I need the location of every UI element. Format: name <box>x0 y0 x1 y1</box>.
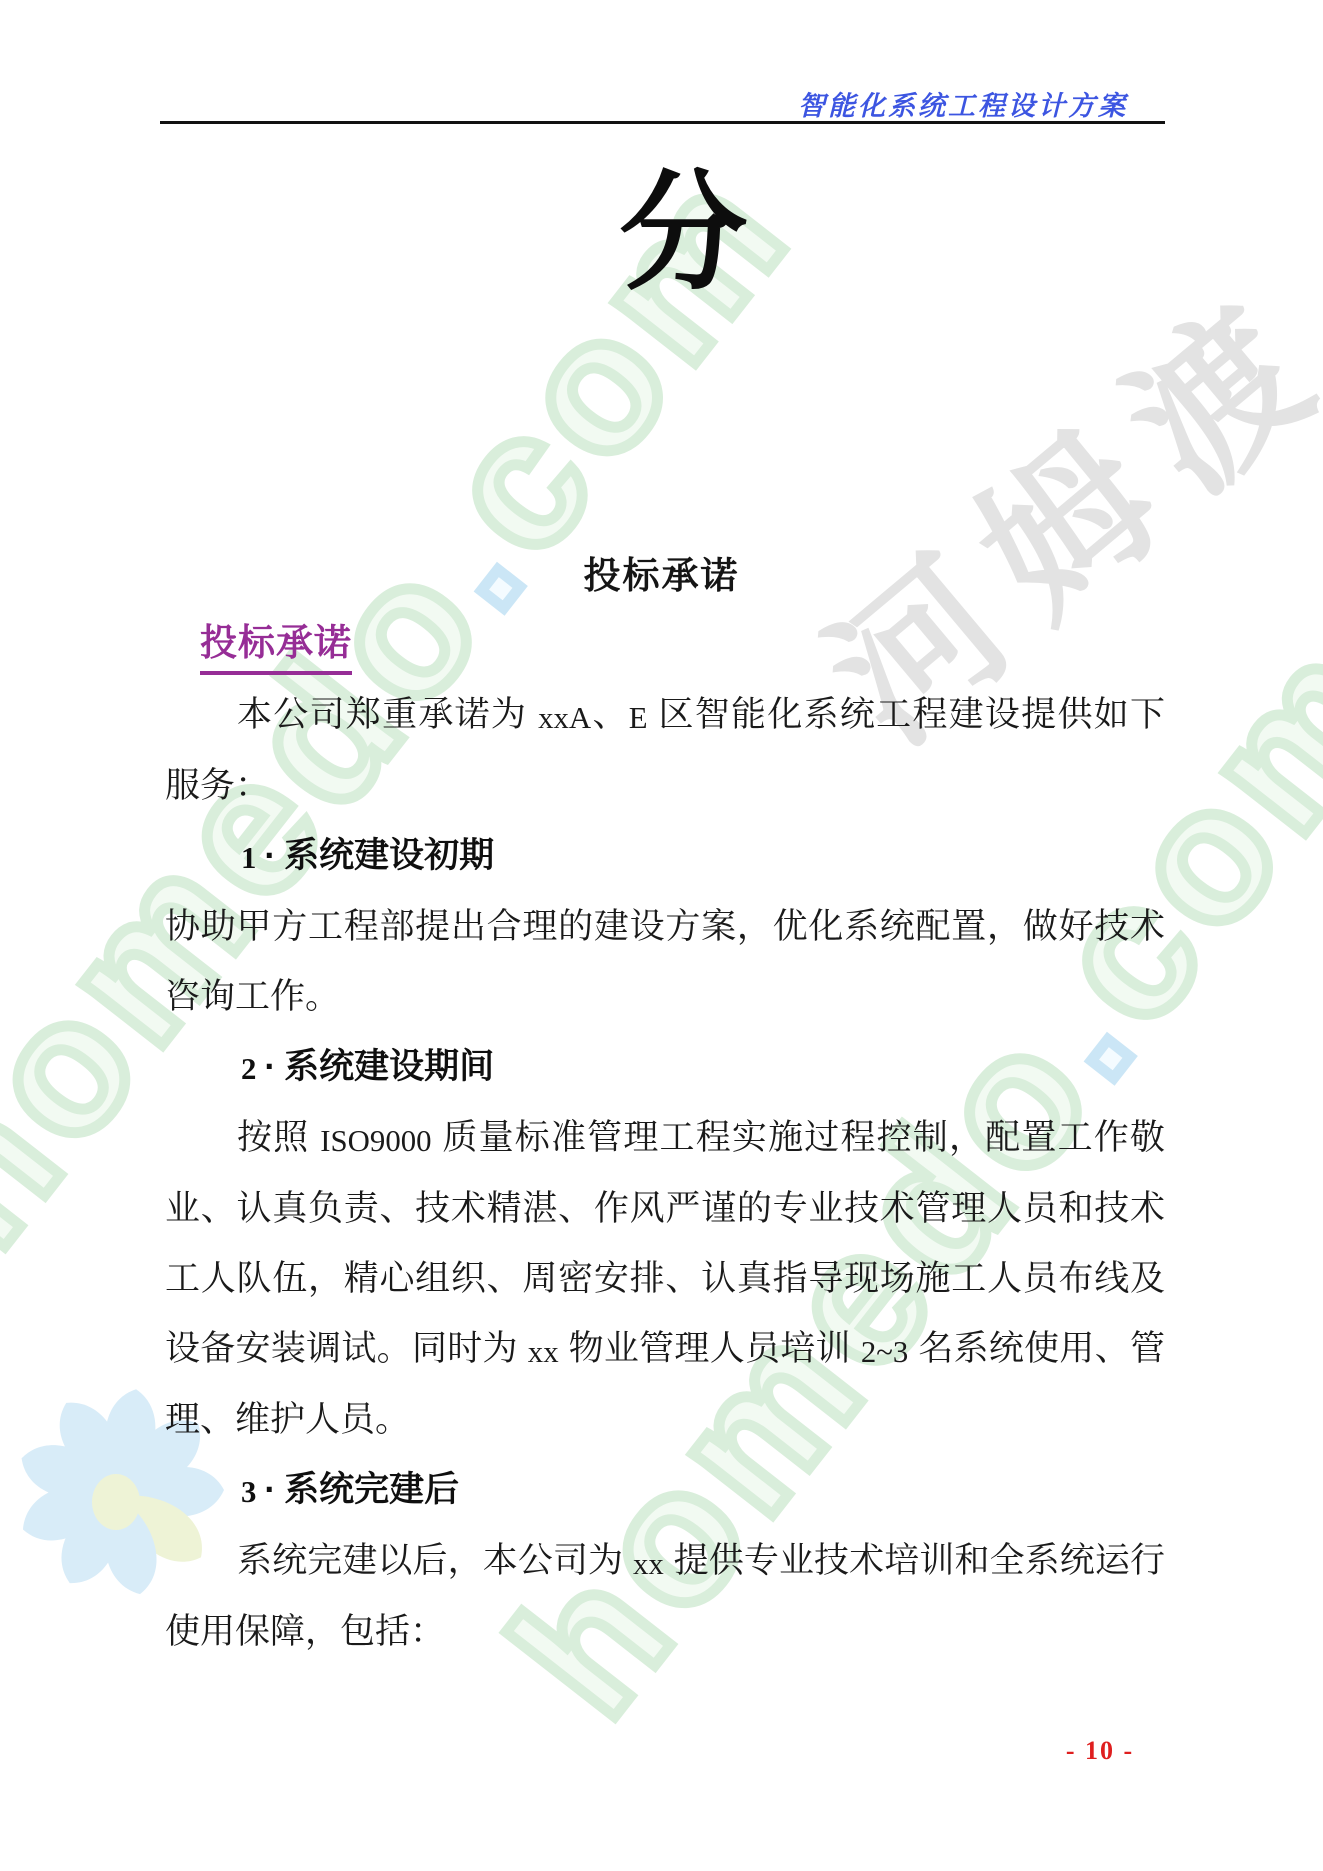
section-number: 3 <box>241 1475 256 1509</box>
section-heading-2: 2·系统建设期间 <box>165 1032 1165 1103</box>
latin-run: ISO9000 <box>320 1124 431 1158</box>
section-heading-1: 1·系统建设初期 <box>165 821 1165 892</box>
section-separator: · <box>264 836 276 875</box>
latin-run: xxA <box>538 701 591 735</box>
text-run: 系统完建以后，本公司为 <box>237 1541 633 1580</box>
paragraph-section-1: 协助甲方工程部提出合理的建设方案，优化系统配置，做好技术咨询工作。 <box>165 892 1165 1032</box>
paragraph-section-3: 系统完建以后，本公司为 xx 提供专业技术培训和全系统运行使用保障，包括： <box>165 1526 1165 1667</box>
flower-center <box>92 1474 140 1530</box>
document-body: 本公司郑重承诺为 xxA、E 区智能化系统工程建设提供如下服务： 1·系统建设初… <box>165 680 1165 1667</box>
section-number: 1 <box>241 841 256 875</box>
text-run: 本公司郑重承诺为 <box>237 695 538 734</box>
text-run: 按照 <box>237 1118 320 1157</box>
big-section-character: 分 <box>0 170 1323 298</box>
paragraph-commitment-intro: 本公司郑重承诺为 xxA、E 区智能化系统工程建设提供如下服务： <box>165 680 1165 821</box>
paragraph-section-2: 按照 ISO9000 质量标准管理工程实施过程控制，配置工作敬业、认真负责、技术… <box>165 1103 1165 1455</box>
section-separator: · <box>264 1047 276 1086</box>
text-run: 物业管理人员培训 <box>559 1329 861 1368</box>
section-title: 系统建设初期 <box>284 836 494 875</box>
latin-run: 2~3 <box>861 1335 908 1369</box>
section-title: 系统完建后 <box>284 1470 459 1509</box>
latin-run: xx <box>633 1547 664 1581</box>
document-page: homedo.com homedo.com 河姆渡 智能化系统工程设计方案 分 … <box>0 0 1323 1871</box>
latin-run: E <box>629 701 648 735</box>
section-number: 2 <box>241 1052 256 1086</box>
header-rule <box>160 121 1165 124</box>
header-title: 智能化系统工程设计方案 <box>798 84 1128 123</box>
text-run: 、 <box>591 695 629 734</box>
chapter-title: 投标承诺 <box>0 545 1323 599</box>
latin-run: xx <box>528 1335 559 1369</box>
section-heading-3: 3·系统完建后 <box>165 1455 1165 1526</box>
section-title: 系统建设期间 <box>284 1047 494 1086</box>
section-separator: · <box>264 1470 276 1509</box>
purple-underlined-heading: 投标承诺 <box>200 612 352 675</box>
page-number: - 10 - <box>1040 1736 1160 1766</box>
